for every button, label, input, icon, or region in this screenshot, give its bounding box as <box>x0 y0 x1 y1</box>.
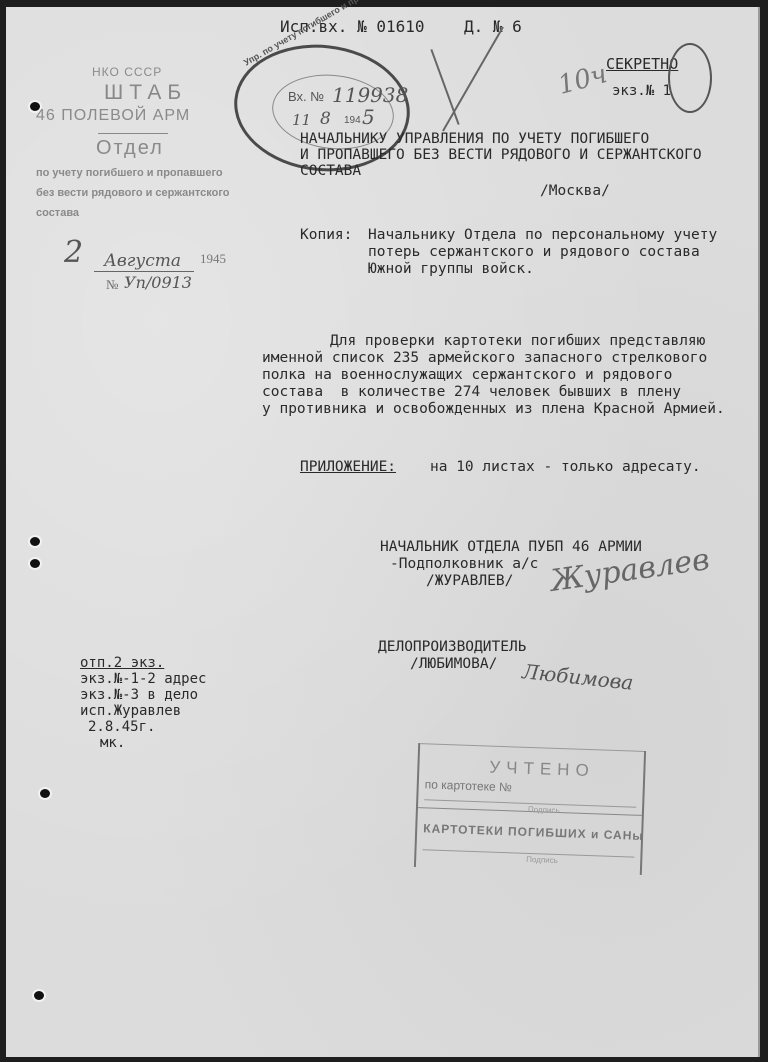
incoming-label: Вх. № <box>288 89 324 104</box>
body-line: полка на военнослужащих сержантского и р… <box>262 367 672 383</box>
date-year: 1945 <box>200 251 226 267</box>
addressee-city: /Москва/ <box>540 183 610 199</box>
copy-line: Южной группы войск. <box>368 261 534 277</box>
addressee-line: И ПРОПАВШЕГО БЕЗ ВЕСТИ РЯДОВОГО И СЕРЖАН… <box>300 147 702 163</box>
body-line: Для проверки картотеки погибших представ… <box>330 333 705 349</box>
copy-number: экз.№ 1 <box>612 83 671 99</box>
incoming-number: 119938 <box>332 83 408 107</box>
clerk-name: /ЛЮБИМОВА/ <box>410 656 497 672</box>
stamp-line: 46 ПОЛЕВОЙ АРМ <box>36 107 190 125</box>
punch-hole <box>30 559 40 568</box>
addressee-line: НАЧАЛЬНИКУ УПРАВЛЕНИЯ ПО УЧЕТУ ПОГИБШЕГО <box>300 131 649 147</box>
copy-line: Начальнику Отдела по персональному учету <box>368 227 717 243</box>
outgoing-number: Уп/0913 <box>124 273 192 292</box>
accounted-line: КАРТОТЕКИ ПОГИБШИХ и САНы <box>423 821 644 843</box>
date-month: Августа <box>104 251 181 271</box>
chief-title: НАЧАЛЬНИК ОТДЕЛА ПУБП 46 АРМИИ <box>380 539 642 555</box>
punch-hole <box>34 991 44 1000</box>
attachment-text: на 10 листах - только адресату. <box>430 459 701 475</box>
clerk-title: ДЕЛОПРОИЗВОДИТЕЛЬ <box>378 639 526 655</box>
number-label: № <box>106 277 118 293</box>
accounted-sub: Подпись <box>528 805 560 815</box>
copy-label: Копия: <box>300 227 352 243</box>
accounted-stamp: УЧТЕНО по картотеке № Подпись КАРТОТЕКИ … <box>414 743 646 875</box>
secret-label: СЕКРЕТНО <box>606 55 678 73</box>
stamp-line: без вести рядового и сержантского <box>36 187 230 199</box>
distribution-line: экз.№-3 в дело <box>80 687 198 703</box>
incoming-month: 8 <box>320 109 331 129</box>
distribution-line: исп.Журавлев <box>80 703 181 719</box>
handwritten-mark: 10ч <box>555 59 610 101</box>
stamp-line: по учету погибшего и пропавшего <box>36 167 223 179</box>
file-number: Д. № 6 <box>464 17 522 36</box>
addressee-line: СОСТАВА <box>300 163 361 179</box>
incoming-day: 11 <box>292 111 311 129</box>
copy-line: потерь сержантского и рядового состава <box>368 244 700 260</box>
chief-name: /ЖУРАВЛЕВ/ <box>426 573 513 589</box>
distribution-line: отп.2 экз. <box>80 655 164 671</box>
accounted-line: по картотеке № <box>425 777 513 794</box>
body-line: у противника и освобожденных из плена Кр… <box>262 401 725 417</box>
body-line: состава в количестве 274 человек бывших … <box>262 384 681 400</box>
clerk-signature: Любимова <box>521 659 634 695</box>
attachment-label: ПРИЛОЖЕНИЕ: <box>300 459 396 475</box>
distribution-line: мк. <box>100 735 125 751</box>
chief-rank: -Подполковник а/с <box>390 556 538 572</box>
stamp-title: ШТАБ <box>104 81 187 105</box>
distribution-line: экз.№-1-2 адрес <box>80 671 206 687</box>
stamp-line: НКО СССР <box>92 65 162 79</box>
accounted-title: УЧТЕНО <box>489 758 595 782</box>
stamp-line: Отдел <box>96 137 164 160</box>
distribution-line: 2.8.45г. <box>88 719 155 735</box>
incoming-year-suffix: 5 <box>362 105 375 129</box>
body-line: именной список 235 армейского запасного … <box>262 350 707 366</box>
stamp-line: состава <box>36 207 79 219</box>
sender-stamp: НКО СССР ШТАБ 46 ПОЛЕВОЙ АРМ Отдел по уч… <box>36 57 236 237</box>
document-page: НКО СССР ШТАБ 46 ПОЛЕВОЙ АРМ Отдел по уч… <box>6 7 760 1057</box>
date-day: 2 <box>64 235 83 270</box>
incoming-year-prefix: 194 <box>344 115 361 126</box>
punch-hole <box>30 537 40 546</box>
accounted-sub: Подпись <box>526 855 558 865</box>
punch-hole <box>40 789 50 798</box>
